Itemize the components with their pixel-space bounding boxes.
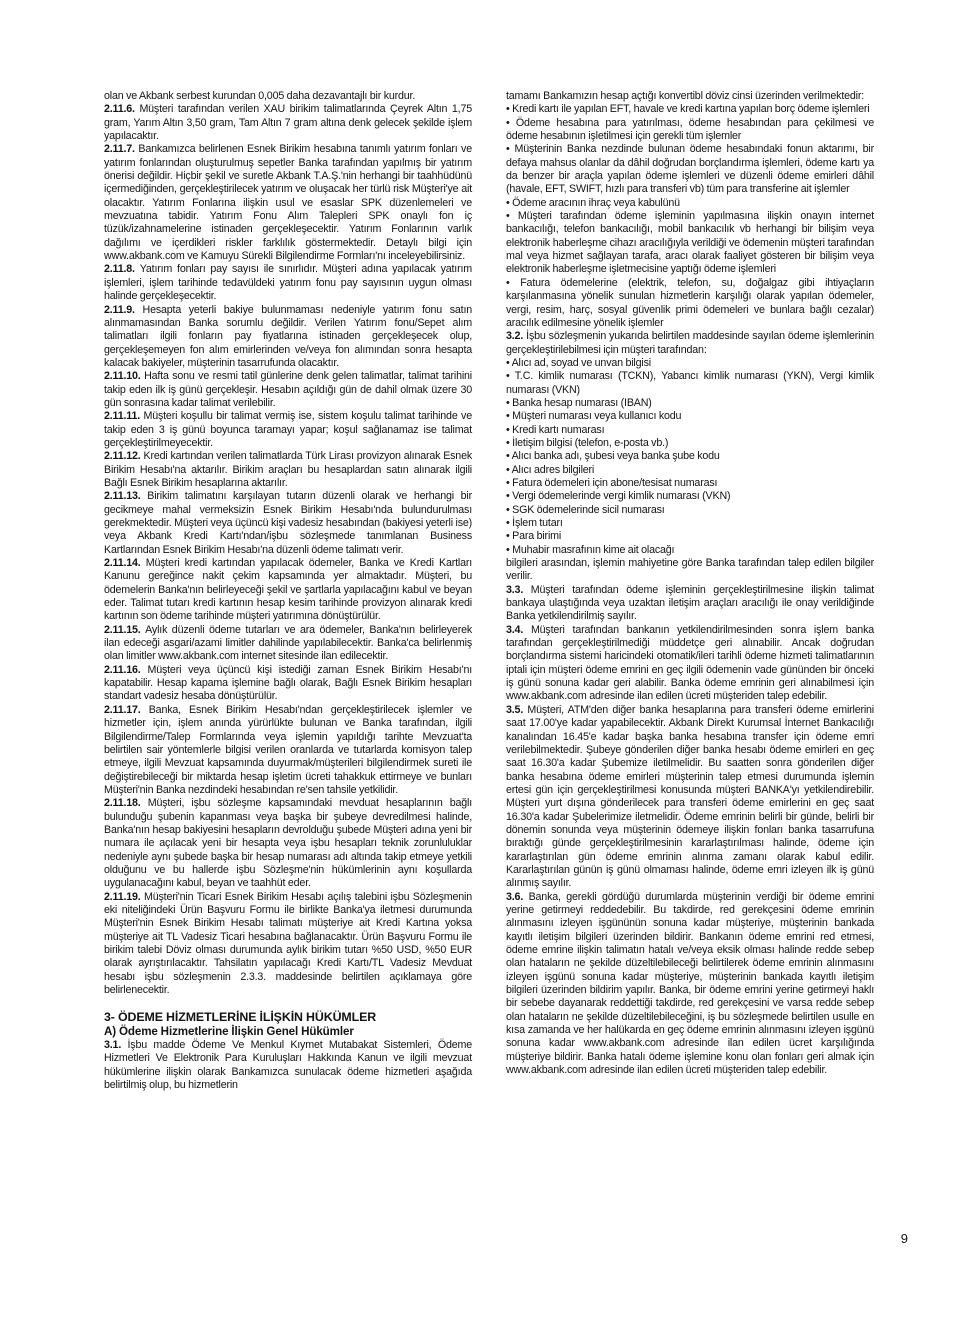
bullet-item: • Müşteri numarası veya kullanıcı kodu — [506, 410, 874, 423]
subsection-heading: A) Ödeme Hizmetlerine İlişkin Genel Hükü… — [104, 1025, 472, 1039]
clause-number: 3.4. — [506, 624, 531, 636]
clause-text: İşbu sözleşmenin yukarıda belirtilen mad… — [506, 330, 874, 355]
clause-text: Müşteri kredi kartından yapılacak ödemel… — [104, 557, 472, 622]
clause-paragraph: 2.11.8. Yatırım fonları pay sayısı ile s… — [104, 263, 472, 303]
clause-paragraph: 2.11.13. Birikim talimatını karşılayan t… — [104, 490, 472, 557]
right-column: tamamı Bankamızın hesap açtığı konvertib… — [506, 90, 874, 1092]
clause-number: 2.11.18. — [104, 797, 148, 809]
clause-number: 2.11.8. — [104, 263, 140, 275]
bullet-item: • Fatura ödemelerine (elektrik, telefon,… — [506, 277, 874, 330]
document-page: olan ve Akbank serbest kurundan 0,005 da… — [0, 0, 960, 1322]
clause-text: Alıcı ad, soyad ve unvan bilgisi — [512, 357, 651, 369]
bullet-item: • İletişim bilgisi (telefon, e-posta vb.… — [506, 437, 874, 450]
clause-text: Müşteri numarası veya kullanıcı kodu — [512, 410, 681, 422]
clause-text: Alıcı adres bilgileri — [512, 464, 595, 476]
clause-paragraph: 2.11.12. Kredi kartından verilen talimat… — [104, 450, 472, 490]
text-columns: olan ve Akbank serbest kurundan 0,005 da… — [104, 90, 874, 1092]
clause-number: 2.11.10. — [104, 370, 144, 382]
bullet-marker: • — [506, 210, 518, 222]
bullet-item: • Alıcı ad, soyad ve unvan bilgisi — [506, 357, 874, 370]
clause-text: Muhabir masrafının kime ait olacağı — [512, 544, 674, 556]
clause-paragraph: 2.11.17. Banka, Esnek Birikim Hesabı'nda… — [104, 704, 472, 797]
page-number: 9 — [901, 1231, 908, 1246]
clause-paragraph: 2.11.19. Müşteri'nin Ticari Esnek Biriki… — [104, 891, 472, 998]
bullet-item: • Ödeme aracının ihraç veya kabulünü — [506, 197, 874, 210]
clause-text: Bankamızca belirlenen Esnek Birikim hesa… — [104, 143, 472, 262]
bullet-item: • Kredi kartı numarası — [506, 424, 874, 437]
bullet-item: • Muhabir masrafının kime ait olacağı — [506, 544, 874, 557]
clause-number: 3.2. — [506, 330, 526, 342]
clause-text: Müşterinin Banka nezdinde bulunan ödeme … — [506, 143, 874, 195]
clause-text: Müşteri, işbu sözleşme kapsamındaki mevd… — [104, 797, 472, 889]
clause-number: 2.11.7. — [104, 143, 138, 155]
clause-paragraph: 2.11.15. Aylık düzenli ödeme tutarları v… — [104, 624, 472, 664]
clause-paragraph: 2.11.7. Bankamızca belirlenen Esnek Biri… — [104, 143, 472, 263]
bullet-item: • Banka hesap numarası (IBAN) — [506, 397, 874, 410]
clause-number: 2.11.13. — [104, 490, 147, 502]
clause-text: Müşteri veya üçüncü kişi istediği zaman … — [104, 664, 472, 703]
clause-text: Müşteri koşullu bir talimat vermiş ise, … — [104, 410, 472, 449]
clause-text: Müşteri tarafından ödeme işleminin gerçe… — [506, 584, 874, 623]
clause-paragraph: 3.1. İşbu madde Ödeme Ve Menkul Kıymet M… — [104, 1039, 472, 1092]
clause-text: Müşteri'nin Ticari Esnek Birikim Hesabı … — [104, 891, 472, 996]
bullet-item: • Müşteri tarafından ödeme işleminin yap… — [506, 210, 874, 277]
bullet-item: • Müşterinin Banka nezdinde bulunan ödem… — [506, 143, 874, 196]
bullet-item: • İşlem tutarı — [506, 517, 874, 530]
clause-paragraph: 3.2. İşbu sözleşmenin yukarıda belirtile… — [506, 330, 874, 357]
bullet-item: • Ödeme hesabına para yatırılması, ödeme… — [506, 117, 874, 144]
clause-text: İşbu madde Ödeme Ve Menkul Kıymet Mutaba… — [104, 1039, 472, 1091]
clause-text: İletişim bilgisi (telefon, e-posta vb.) — [512, 437, 668, 449]
clause-paragraph: 2.11.11. Müşteri koşullu bir talimat ver… — [104, 410, 472, 450]
clause-text: Aylık düzenli ödeme tutarları ve ara öde… — [104, 624, 472, 663]
clause-paragraph: 2.11.9. Hesapta yeterli bakiye bulunmama… — [104, 304, 472, 371]
clause-number: 3.5. — [506, 704, 527, 716]
clause-text: Birikim talimatını karşılayan tutarın dü… — [104, 490, 472, 555]
bullet-item: • Fatura ödemeleri için abone/tesisat nu… — [506, 477, 874, 490]
bullet-item: • Para birimi — [506, 530, 874, 543]
bullet-item: • T.C. kimlik numarası (TCKN), Yabancı k… — [506, 370, 874, 397]
clause-text: Müşteri, ATM'den diğer banka hesaplarına… — [506, 704, 874, 889]
clause-text: Kredi kartı ile yapılan EFT, havale ve k… — [512, 103, 869, 115]
clause-text: Ödeme aracının ihraç veya kabulünü — [512, 197, 680, 209]
clause-paragraph: olan ve Akbank serbest kurundan 0,005 da… — [104, 90, 472, 103]
clause-paragraph: 3.3. Müşteri tarafından ödeme işleminin … — [506, 584, 874, 624]
bullet-item: • Alıcı adres bilgileri — [506, 464, 874, 477]
clause-text: tamamı Bankamızın hesap açtığı konvertib… — [506, 90, 864, 102]
clause-text: Banka, gerekli gördüğü durumlarda müşter… — [506, 891, 874, 1076]
section-heading: 3- ÖDEME HİZMETLERİNE İLİŞKİN HÜKÜMLER — [104, 1010, 472, 1025]
bullet-marker: • — [506, 370, 515, 382]
clause-number: 2.11.12. — [104, 450, 144, 462]
clause-text: Banka, Esnek Birikim Hesabı'ndan gerçekl… — [104, 704, 472, 796]
clause-paragraph: 2.11.6. Müşteri tarafından verilen XAU b… — [104, 103, 472, 143]
clause-text: Kredi kartından verilen talimatlarda Tür… — [104, 450, 472, 489]
clause-text: İşlem tutarı — [512, 517, 563, 529]
clause-text: Hesapta yeterli bakiye bulunmaması neden… — [104, 304, 472, 369]
clause-number: 2.11.9. — [104, 304, 143, 316]
clause-number: 3.6. — [506, 891, 529, 903]
clause-text: bilgileri arasından, işlemin mahiyetine … — [506, 557, 874, 582]
clause-text: olan ve Akbank serbest kurundan 0,005 da… — [104, 90, 415, 102]
clause-paragraph: tamamı Bankamızın hesap açtığı konvertib… — [506, 90, 874, 103]
clause-paragraph: 3.6. Banka, gerekli gördüğü durumlarda m… — [506, 891, 874, 1078]
clause-paragraph: 2.11.16. Müşteri veya üçüncü kişi istedi… — [104, 664, 472, 704]
bullet-marker: • — [506, 277, 520, 289]
clause-number: 2.11.19. — [104, 891, 144, 903]
bullet-item: • Vergi ödemelerinde vergi kimlik numara… — [506, 490, 874, 503]
clause-text: Hafta sonu ve resmi tatil günlerine denk… — [104, 370, 472, 409]
clause-text: Fatura ödemeleri için abone/tesisat numa… — [512, 477, 717, 489]
clause-text: Yatırım fonları pay sayısı ile sınırlıdı… — [104, 263, 472, 302]
clause-text: Müşteri tarafından bankanın yetkilendiri… — [506, 624, 874, 703]
clause-number: 3.1. — [104, 1039, 128, 1051]
clause-paragraph: 2.11.10. Hafta sonu ve resmi tatil günle… — [104, 370, 472, 410]
clause-paragraph: 2.11.14. Müşteri kredi kartından yapılac… — [104, 557, 472, 624]
bullet-item: • Kredi kartı ile yapılan EFT, havale ve… — [506, 103, 874, 116]
clause-text: Müşteri tarafından ödeme işleminin yapıl… — [506, 210, 874, 275]
clause-number: 2.11.14. — [104, 557, 146, 569]
left-column: olan ve Akbank serbest kurundan 0,005 da… — [104, 90, 472, 1092]
clause-text: Alıcı banka adı, şubesi veya banka şube … — [512, 450, 720, 462]
clause-number: 3.3. — [506, 584, 531, 596]
clause-text: Müşteri tarafından verilen XAU birikim t… — [104, 103, 472, 142]
clause-text: Fatura ödemelerine (elektrik, telefon, s… — [506, 277, 874, 329]
clause-number: 2.11.6. — [104, 103, 139, 115]
clause-number: 2.11.16. — [104, 664, 147, 676]
clause-number: 2.11.11. — [104, 410, 143, 422]
bullet-marker: • — [506, 117, 516, 129]
clause-text: Vergi ödemelerinde vergi kimlik numarası… — [512, 490, 730, 502]
clause-number: 2.11.17. — [104, 704, 149, 716]
clause-text: Ödeme hesabına para yatırılması, ödeme h… — [506, 117, 874, 142]
clause-paragraph: 3.4. Müşteri tarafından bankanın yetkile… — [506, 624, 874, 704]
clause-paragraph: 3.5. Müşteri, ATM'den diğer banka hesapl… — [506, 704, 874, 891]
clause-text: Kredi kartı numarası — [512, 424, 604, 436]
clause-paragraph: 2.11.18. Müşteri, işbu sözleşme kapsamın… — [104, 797, 472, 890]
clause-number: 2.11.15. — [104, 624, 145, 636]
bullet-item: • Alıcı banka adı, şubesi veya banka şub… — [506, 450, 874, 463]
clause-text: SGK ödemelerinde sicil numarası — [512, 504, 664, 516]
clause-paragraph: bilgileri arasından, işlemin mahiyetine … — [506, 557, 874, 584]
clause-text: Para birimi — [512, 530, 561, 542]
clause-text: T.C. kimlik numarası (TCKN), Yabancı kim… — [506, 370, 874, 395]
clause-text: Banka hesap numarası (IBAN) — [512, 397, 651, 409]
bullet-item: • SGK ödemelerinde sicil numarası — [506, 504, 874, 517]
